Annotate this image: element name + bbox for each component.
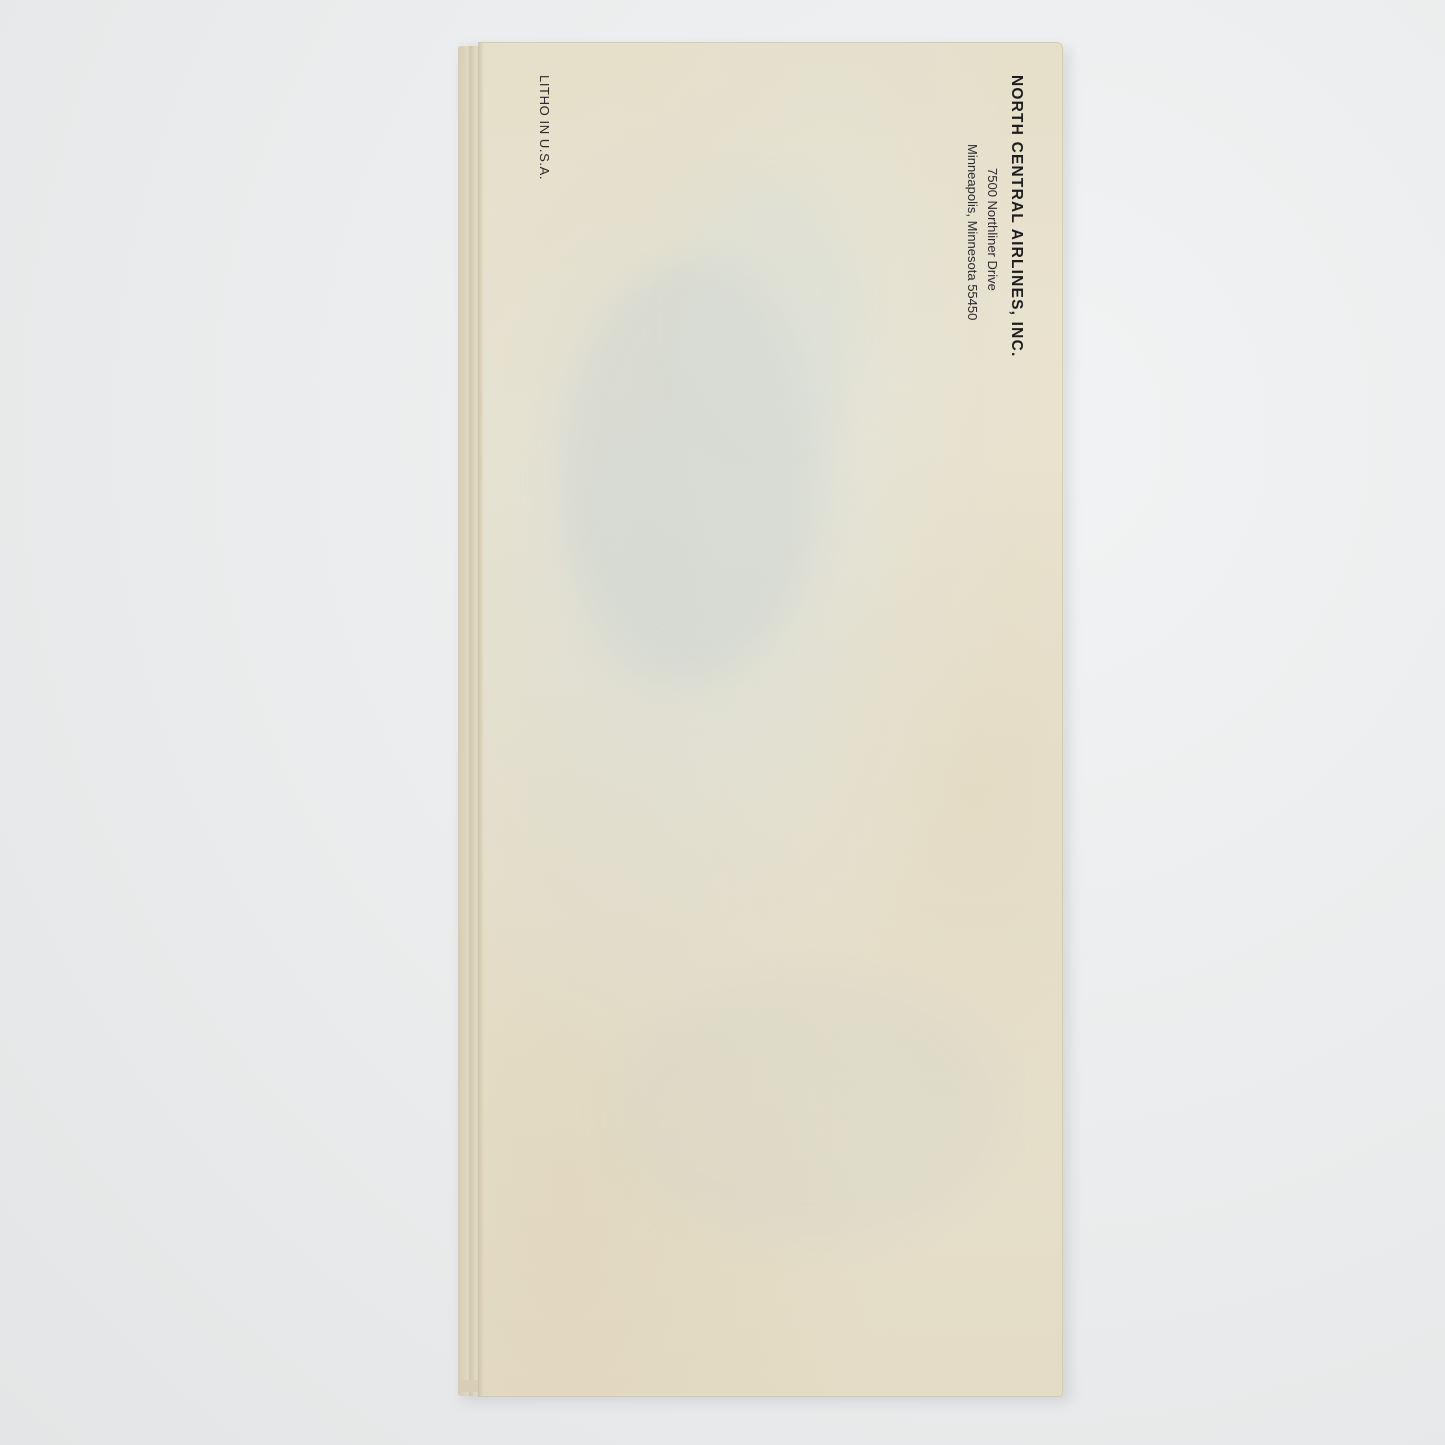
- bleed-through-map-shape: [680, 180, 860, 440]
- publisher-address-street: 7500 Northliner Drive: [985, 168, 1000, 291]
- paper-fold-edge: [478, 42, 484, 1397]
- publisher-name: NORTH CENTRAL AIRLINES, INC.: [1007, 75, 1025, 357]
- bleed-through-text-area: [620, 980, 1000, 1240]
- print-note: LITHO IN U.S.A.: [537, 75, 552, 180]
- publisher-address-city: Minneapolis, Minnesota 55450: [965, 144, 980, 320]
